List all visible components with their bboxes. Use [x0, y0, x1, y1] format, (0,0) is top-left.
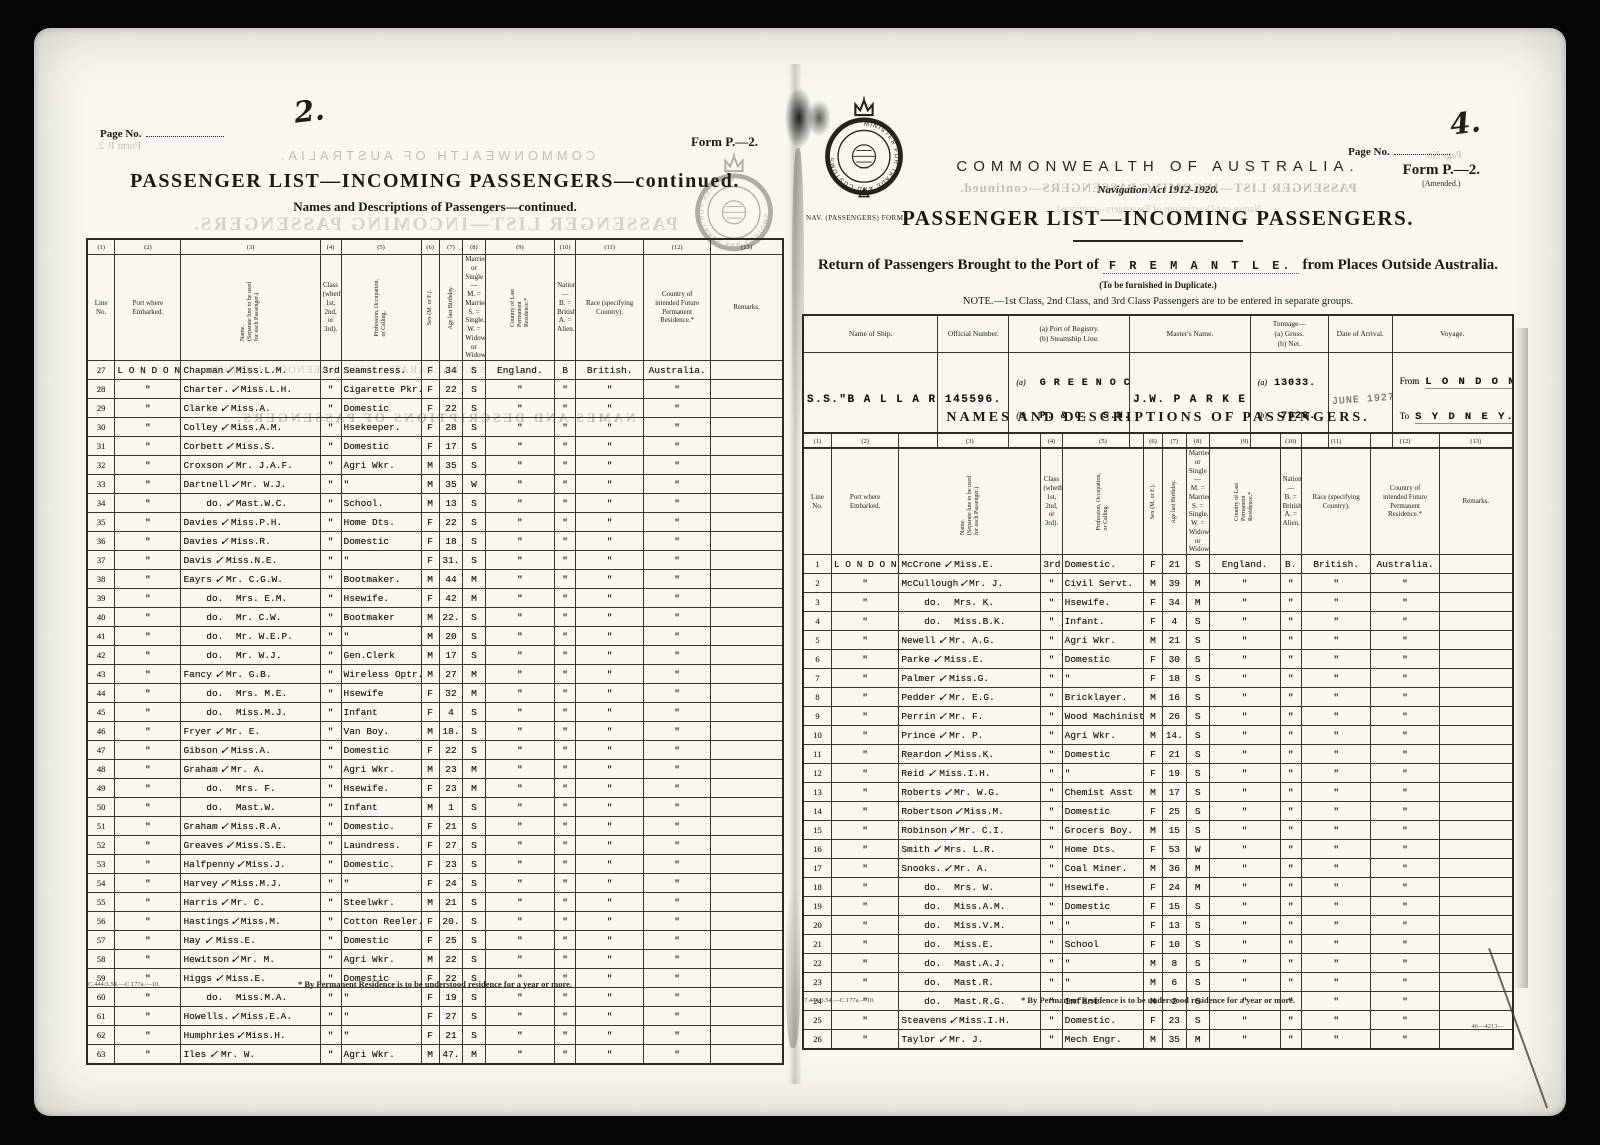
cell-future-residence: ″: [1371, 707, 1439, 726]
cell-port: ″: [831, 916, 898, 935]
cell-nationality: ″: [555, 380, 576, 399]
cell-race: ″: [576, 627, 644, 646]
cell-nationality: ″: [555, 589, 576, 608]
passenger-row: 47 ″ Gibson✓Miss.A. ″ Domestic F 22 S ″ …: [87, 741, 783, 760]
cell-line-no: 12: [803, 764, 831, 783]
cell-future-residence: ″: [1371, 650, 1439, 669]
cell-port: ″: [115, 722, 181, 741]
cell-residence: ″: [485, 950, 555, 969]
cell-line-no: 52: [87, 836, 115, 855]
cell-race: ″: [1301, 897, 1371, 916]
cell-port: ″: [115, 836, 181, 855]
cell-port: ″: [831, 574, 898, 593]
passenger-row: 23 ″ do.Mast.R. ″ ″ M 6 S ″ ″ ″ ″: [803, 973, 1513, 992]
cell-residence: ″: [485, 1026, 555, 1045]
cell-occupation: Home Dts.: [1062, 840, 1144, 859]
cell-remarks: [711, 1045, 783, 1065]
cell-future-residence: ″: [1371, 612, 1439, 631]
cell-sex: M: [421, 760, 439, 779]
passenger-row: 19 ″ do.Miss.A.M. ″ Domestic F 15 S ″ ″ …: [803, 897, 1513, 916]
cell-port: ″: [115, 912, 181, 931]
cell-line-no: 28: [87, 380, 115, 399]
passenger-row: 41 ″ do.Mr. W.E.P. ″ ″ M 20 S ″ ″ ″ ″: [87, 627, 783, 646]
cell-remarks: [1439, 612, 1513, 631]
cell-future-residence: ″: [644, 456, 711, 475]
cell-occupation: Cotton Reeler.: [341, 912, 421, 931]
cell-remarks: [711, 456, 783, 475]
cell-class: ″: [320, 874, 341, 893]
cell-race: ″: [1301, 935, 1371, 954]
passenger-row: 5 ″ Newell✓Mr. A.G. ″ Agri Wkr. M 21 S ″…: [803, 631, 1513, 650]
column-header-row: Line No.Port where Embarked.Name. (Separ…: [87, 255, 783, 361]
cell-remarks: [711, 380, 783, 399]
cell-class: ″: [320, 931, 341, 950]
column-number: (10): [1280, 433, 1301, 449]
cell-name: Howells.✓Miss.E.A.: [181, 1007, 320, 1026]
cell-occupation: Infant.: [1062, 612, 1144, 631]
passenger-row: 62 ″ Humphries✓Miss.H. ″ ″ F 21 S ″ ″ ″ …: [87, 1026, 783, 1045]
cell-sex: F: [421, 589, 439, 608]
cell-residence: ″: [1209, 726, 1280, 745]
cell-nationality: ″: [555, 1045, 576, 1065]
cell-line-no: 41: [87, 627, 115, 646]
cell-line-no: 45: [87, 703, 115, 722]
cell-sex: F: [421, 532, 439, 551]
column-number: (1): [803, 433, 831, 449]
cell-remarks: [711, 608, 783, 627]
cell-class: 3rd: [1041, 555, 1062, 574]
cell-class: ″: [320, 665, 341, 684]
names-heading: NAMES AND DESCRIPTIONS OF PASSENGERS.: [802, 410, 1514, 426]
cell-name: Snooks.✓Mr. A.: [899, 859, 1041, 878]
passenger-row: 50 ″ do.Mast.W. ″ Infant M 1 S ″ ″ ″ ″: [87, 798, 783, 817]
cell-occupation: Domestic.: [341, 817, 421, 836]
cell-sex: F: [421, 361, 439, 380]
cell-port: ″: [831, 1030, 898, 1050]
column-number: (12): [644, 239, 711, 255]
cell-nationality: ″: [1280, 1030, 1301, 1050]
cell-remarks: [711, 665, 783, 684]
passenger-row: 11 ″ Reardon✓Miss.K. ″ Domestic F 21 S ″…: [803, 745, 1513, 764]
left-page-footer: C.444/3.54.—C.177a.—10. * By Permanent R…: [86, 979, 784, 993]
column-number: (5): [1062, 433, 1144, 449]
cell-name: Robertson✓Miss.M.: [899, 802, 1041, 821]
cell-name: do.Mrs. E.M.: [181, 589, 320, 608]
cell-age: 31.: [439, 551, 463, 570]
cell-married-single: S: [1186, 897, 1209, 916]
cell-sex: M: [421, 570, 439, 589]
cell-age: 42: [439, 589, 463, 608]
cell-occupation: Seamstress.: [341, 361, 421, 380]
right-page: Page No. 4. Page No. Form P.—2. (Amended…: [802, 58, 1514, 1058]
cell-occupation: ″: [1062, 954, 1144, 973]
cell-nationality: ″: [555, 855, 576, 874]
cell-future-residence: ″: [1371, 726, 1439, 745]
cell-nationality: ″: [1280, 764, 1301, 783]
passenger-row: 8 ″ Pedder✓Mr. E.G. ″ Bricklayer. M 16 S…: [803, 688, 1513, 707]
cell-future-residence: ″: [644, 532, 711, 551]
cell-name: Palmer✓Miss.G.: [899, 669, 1041, 688]
cell-occupation: Hsewife: [341, 684, 421, 703]
cell-remarks: [1439, 916, 1513, 935]
cell-remarks: [711, 741, 783, 760]
cell-married-single: S: [1186, 935, 1209, 954]
cell-age: 21: [1162, 555, 1186, 574]
cell-nationality: ″: [555, 1007, 576, 1026]
cell-race: ″: [1301, 859, 1371, 878]
checkmark: ✓: [212, 668, 226, 681]
checkmark: ✓: [936, 672, 950, 685]
cell-occupation: Domestic: [341, 399, 421, 418]
cell-residence: ″: [485, 494, 555, 513]
cell-future-residence: ″: [1371, 1030, 1439, 1050]
ship-column-header: (a) Port of Registry. (b) Steamship Line…: [1009, 315, 1130, 353]
cell-sex: F: [1144, 897, 1162, 916]
class-groups-note: NOTE.—1st Class, 2nd Class, and 3rd Clas…: [802, 296, 1514, 307]
cell-residence: ″: [1209, 1030, 1280, 1050]
cell-future-residence: ″: [1371, 802, 1439, 821]
cell-sex: F: [421, 1007, 439, 1026]
cell-race: ″: [1301, 821, 1371, 840]
cell-line-no: 31: [87, 437, 115, 456]
cell-future-residence: ″: [644, 798, 711, 817]
passenger-row: 34 ″ do.✓Mast.W.C. ″ School. M 13 S ″ ″ …: [87, 494, 783, 513]
cell-line-no: 20: [803, 916, 831, 935]
cell-class: ″: [1041, 897, 1062, 916]
cell-class: ″: [1041, 631, 1062, 650]
column-number: (4): [320, 239, 341, 255]
cell-line-no: 58: [87, 950, 115, 969]
cell-line-no: 13: [803, 783, 831, 802]
cell-age: 35: [439, 475, 463, 494]
cell-name: Graham✓Mr. A.: [181, 760, 320, 779]
passenger-row: 39 ″ do.Mrs. E.M. ″ Hsewife. F 42 M ″ ″ …: [87, 589, 783, 608]
passenger-rows-right: 1 L O N D O N. McCrone✓Miss.E. 3rd Domes…: [803, 555, 1513, 1050]
cell-port: ″: [115, 665, 181, 684]
cell-line-no: 48: [87, 760, 115, 779]
passenger-row: 63 ″ Iles✓Mr. W. ″ Agri Wkr. M 47. M ″ ″…: [87, 1045, 783, 1065]
cell-name: Charter.✓Miss.L.H.: [181, 380, 320, 399]
cell-name: Robinson✓Mr. C.I.: [899, 821, 1041, 840]
passenger-row: 17 ″ Snooks.✓Mr. A. ″ Coal Miner. M 36 M…: [803, 859, 1513, 878]
cell-age: 23: [439, 779, 463, 798]
cell-port: ″: [115, 760, 181, 779]
cell-remarks: [711, 361, 783, 380]
cell-class: ″: [1041, 783, 1062, 802]
cell-sex: F: [1144, 650, 1162, 669]
cell-married-single: M: [463, 1045, 485, 1065]
cell-port: ″: [831, 954, 898, 973]
cell-occupation: School: [1062, 935, 1144, 954]
cell-port: ″: [115, 1045, 181, 1065]
cell-married-single: S: [1186, 954, 1209, 973]
cell-married-single: S: [463, 399, 485, 418]
cell-class: ″: [320, 760, 341, 779]
cell-remarks: [1439, 688, 1513, 707]
cell-occupation: Domestic: [1062, 650, 1144, 669]
cell-residence: ″: [1209, 821, 1280, 840]
cell-age: 18: [1162, 669, 1186, 688]
cell-sex: M: [421, 798, 439, 817]
cell-nationality: ″: [555, 513, 576, 532]
column-number: (5): [341, 239, 421, 255]
cell-name: Greaves✓Miss.S.E.: [181, 836, 320, 855]
cell-race: ″: [576, 532, 644, 551]
column-number: (10): [555, 239, 576, 255]
cell-class: ″: [320, 912, 341, 931]
cell-age: 22: [439, 513, 463, 532]
cell-age: 53: [1162, 840, 1186, 859]
checkmark: ✓: [941, 862, 954, 875]
cell-class: ″: [1041, 859, 1062, 878]
cell-race: ″: [576, 779, 644, 798]
cell-race: ″: [576, 760, 644, 779]
cell-port: ″: [831, 1011, 898, 1030]
checkmark: ✓: [229, 383, 241, 396]
page-number-left: Page No. 2.: [100, 110, 258, 144]
cell-residence: ″: [485, 646, 555, 665]
cell-line-no: 43: [87, 665, 115, 684]
cell-port: ″: [831, 973, 898, 992]
column-number-row: (1)(2)(3)(4)(5)(6)(7)(8)(9)(10)(11)(12)(…: [803, 433, 1513, 449]
cell-port: ″: [115, 1007, 181, 1026]
cell-race: ″: [1301, 783, 1371, 802]
cell-line-no: 51: [87, 817, 115, 836]
checkmark: ✓: [924, 767, 939, 780]
passenger-row: 52 ″ Greaves✓Miss.S.E. ″ Laundress. F 27…: [87, 836, 783, 855]
cell-class: ″: [320, 1026, 341, 1045]
checkmark: ✓: [229, 915, 241, 928]
cell-remarks: [1439, 878, 1513, 897]
cell-race: ″: [576, 931, 644, 950]
cell-residence: ″: [485, 836, 555, 855]
checkmark: ✓: [223, 459, 235, 472]
checkmark: ✓: [930, 653, 944, 666]
cell-residence: ″: [485, 551, 555, 570]
checkmark: ✓: [212, 573, 226, 586]
column-number: (9): [485, 239, 555, 255]
cell-line-no: 33: [87, 475, 115, 494]
cell-future-residence: ″: [644, 551, 711, 570]
column-header: Race (specifying Country).: [1301, 449, 1371, 555]
cell-married-single: S: [1186, 764, 1209, 783]
cell-race: ″: [576, 817, 644, 836]
passenger-row: 14 ″ Robertson✓Miss.M. ″ Domestic F 25 S…: [803, 802, 1513, 821]
cell-race: ″: [576, 589, 644, 608]
page-no-label: Page No.: [1348, 146, 1390, 158]
bleedthrough-text: PASSENGER LIST—INCOMING PASSENGERS.: [86, 214, 784, 236]
cell-port: ″: [115, 551, 181, 570]
cell-name: Clarke✓Miss.A.: [181, 399, 320, 418]
cell-port: ″: [115, 532, 181, 551]
cell-occupation: Home Dts.: [341, 513, 421, 532]
cell-occupation: ″: [1062, 916, 1144, 935]
cell-residence: ″: [1209, 1011, 1280, 1030]
cell-port: ″: [115, 703, 181, 722]
cell-remarks: [1439, 574, 1513, 593]
cell-future-residence: ″: [1371, 574, 1439, 593]
cell-residence: ″: [1209, 612, 1280, 631]
cell-sex: F: [1144, 555, 1162, 574]
scanned-passenger-list: { "colors":{"paper":"#f9f7f0","ink":"#1c…: [0, 0, 1600, 1145]
cell-remarks: [1439, 840, 1513, 859]
cell-age: 17: [439, 646, 463, 665]
cell-race: British.: [1301, 555, 1371, 574]
cell-remarks: [711, 722, 783, 741]
scanned-paper: Page No. 2. Form P. 2. COMMONWEALTH OF A…: [34, 28, 1566, 1116]
cell-class: ″: [1041, 726, 1062, 745]
cell-nationality: ″: [1280, 688, 1301, 707]
cell-married-single: S: [1186, 612, 1209, 631]
cell-sex: M: [1144, 973, 1162, 992]
cell-race: ″: [576, 399, 644, 418]
cell-name: do.✓Mast.W.C.: [181, 494, 320, 513]
passenger-table-left: (1)(2)(3)(4)(5)(6)(7)(8)(9)(10)(11)(12)(…: [86, 238, 784, 1065]
cell-residence: ″: [485, 532, 555, 551]
passenger-rows-left: 27 L O N D O N. Chapman✓Miss.L.M. 3rd Se…: [87, 361, 783, 1065]
cell-future-residence: ″: [644, 513, 711, 532]
cell-race: ″: [576, 456, 644, 475]
cell-future-residence: ″: [1371, 783, 1439, 802]
cell-line-no: 7: [803, 669, 831, 688]
cell-residence: ″: [485, 703, 555, 722]
cell-occupation: Domestic.: [341, 855, 421, 874]
cell-class: ″: [320, 779, 341, 798]
cell-class: ″: [320, 608, 341, 627]
cell-name: Corbett✓Miss.S.: [181, 437, 320, 456]
cell-sex: F: [1144, 593, 1162, 612]
cell-nationality: ″: [1280, 802, 1301, 821]
page-number-right: Page No. 4.: [1348, 128, 1484, 162]
checkmark: ✓: [936, 710, 950, 723]
cell-future-residence: ″: [644, 1026, 711, 1045]
cell-remarks: [711, 437, 783, 456]
passenger-row: 27 L O N D O N. Chapman✓Miss.L.M. 3rd Se…: [87, 361, 783, 380]
cell-nationality: ″: [1280, 669, 1301, 688]
cell-occupation: Agri Wkr.: [341, 950, 421, 969]
cell-nationality: ″: [555, 779, 576, 798]
passenger-row: 32 ″ Croxson✓Mr. J.A.F. ″ Agri Wkr. M 35…: [87, 456, 783, 475]
column-header: Line No.: [803, 449, 831, 555]
cell-married-single: S: [1186, 916, 1209, 935]
cell-class: ″: [320, 1007, 341, 1026]
cell-remarks: [711, 760, 783, 779]
cell-name: do.Mr. W.J.: [181, 646, 320, 665]
cell-port: ″: [115, 874, 181, 893]
cell-class: ″: [320, 456, 341, 475]
cell-line-no: 46: [87, 722, 115, 741]
cell-race: ″: [1301, 878, 1371, 897]
cell-class: ″: [1041, 707, 1062, 726]
passenger-row: 4 ″ do.Miss.B.K. ″ Infant. F 4 S ″ ″ ″ ″: [803, 612, 1513, 631]
cell-line-no: 19: [803, 897, 831, 916]
cell-age: 27: [439, 665, 463, 684]
cell-age: 34: [439, 361, 463, 380]
footnote: * By Permanent Residence is to be unders…: [86, 979, 784, 989]
cell-residence: ″: [485, 817, 555, 836]
cell-age: 23: [439, 760, 463, 779]
cell-age: 34: [1162, 593, 1186, 612]
passenger-row: 42 ″ do.Mr. W.J. ″ Gen.Clerk M 17 S ″ ″ …: [87, 646, 783, 665]
cell-married-single: M: [463, 589, 485, 608]
cell-age: 21: [439, 817, 463, 836]
cell-class: ″: [320, 1045, 341, 1065]
cell-nationality: ″: [555, 627, 576, 646]
cell-future-residence: ″: [644, 1007, 711, 1026]
cell-sex: F: [1144, 745, 1162, 764]
cell-nationality: B: [555, 361, 576, 380]
checkmark: ✓: [206, 1048, 221, 1061]
cell-class: ″: [320, 836, 341, 855]
cell-nationality: ″: [555, 399, 576, 418]
cell-married-single: M: [463, 570, 485, 589]
cell-line-no: 30: [87, 418, 115, 437]
checkmark: ✓: [223, 839, 235, 852]
cell-name: do.Miss.E.: [899, 935, 1041, 954]
column-number: (4): [1041, 433, 1062, 449]
cell-port: ″: [115, 456, 181, 475]
cell-future-residence: ″: [1371, 954, 1439, 973]
cell-class: ″: [1041, 935, 1062, 954]
cell-nationality: ″: [1280, 878, 1301, 897]
cell-race: ″: [576, 855, 644, 874]
checkmark: ✓: [212, 554, 226, 567]
cell-residence: ″: [1209, 688, 1280, 707]
cell-name: Chapman✓Miss.L.M.: [181, 361, 320, 380]
cell-class: ″: [1041, 1011, 1062, 1030]
cell-married-single: S: [1186, 726, 1209, 745]
cell-race: ″: [576, 475, 644, 494]
passenger-row: 38 ″ Eayrs✓Mr. C.G.W. ″ Bootmaker. M 44 …: [87, 570, 783, 589]
cell-married-single: M: [463, 760, 485, 779]
column-number: (7): [1162, 433, 1186, 449]
cell-future-residence: ″: [1371, 973, 1439, 992]
cell-remarks: [1439, 935, 1513, 954]
cell-married-single: S: [463, 418, 485, 437]
cell-married-single: M: [463, 779, 485, 798]
cell-sex: F: [1144, 612, 1162, 631]
cell-port: ″: [831, 859, 898, 878]
cell-nationality: ″: [1280, 859, 1301, 878]
passenger-row: 48 ″ Graham✓Mr. A. ″ Agri Wkr. M 23 M ″ …: [87, 760, 783, 779]
checkmark: ✓: [218, 896, 231, 909]
cell-race: ″: [576, 1026, 644, 1045]
cell-occupation: ″: [341, 627, 421, 646]
cell-future-residence: ″: [1371, 859, 1439, 878]
cell-future-residence: ″: [644, 475, 711, 494]
cell-remarks: [711, 627, 783, 646]
cell-name: Hastings✓Miss.M.: [181, 912, 320, 931]
cell-nationality: ″: [1280, 650, 1301, 669]
cell-remarks: [1439, 745, 1513, 764]
cell-class: ″: [1041, 878, 1062, 897]
cell-name: Reid✓Miss.I.H.: [899, 764, 1041, 783]
duplicate-note: (To be furnished in Duplicate.): [802, 280, 1514, 290]
cell-future-residence: ″: [644, 855, 711, 874]
cell-married-single: S: [463, 722, 485, 741]
cell-age: 14.: [1162, 726, 1186, 745]
cell-residence: ″: [485, 665, 555, 684]
cell-line-no: 57: [87, 931, 115, 950]
cell-port: ″: [115, 494, 181, 513]
cell-nationality: ″: [555, 494, 576, 513]
cell-name: Newell✓Mr. A.G.: [899, 631, 1041, 650]
cell-residence: ″: [485, 1045, 555, 1065]
cell-age: 22: [439, 399, 463, 418]
cell-name: do.Mast.R.: [899, 973, 1041, 992]
cell-remarks: [711, 798, 783, 817]
cell-residence: ″: [1209, 631, 1280, 650]
